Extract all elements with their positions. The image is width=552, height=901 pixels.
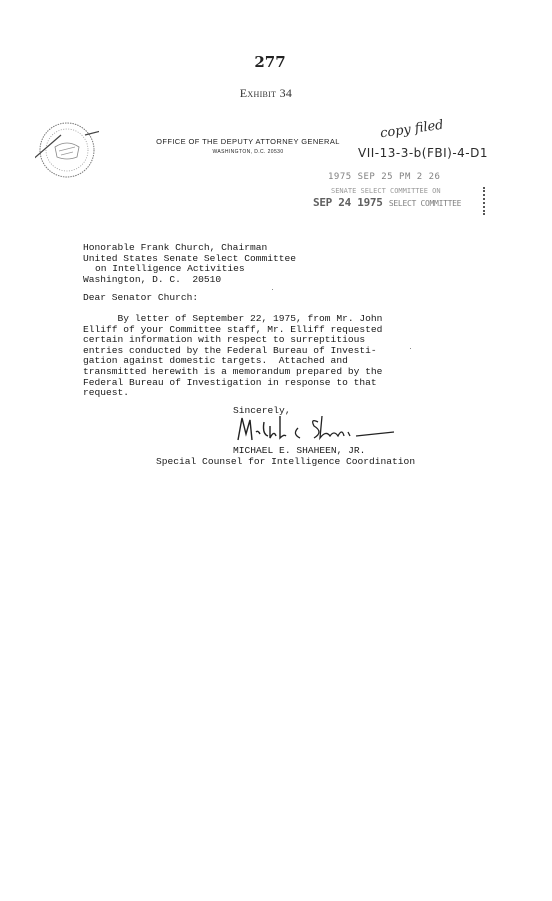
recipient-address: Honorable Frank Church, ChairmanUnited S… [83, 243, 296, 285]
margin-mark [483, 187, 488, 215]
signer-name: MICHAEL E. SHAHEEN, JR. [233, 445, 365, 456]
office-name: OFFICE OF THE DEPUTY ATTORNEY GENERAL [148, 137, 348, 146]
department-seal-icon [35, 117, 99, 181]
body-line: transmitted herewith is a memorandum pre… [83, 367, 382, 378]
committee-stamp-line: SENATE SELECT COMMITTEE ON [331, 187, 441, 195]
scan-speck [410, 348, 411, 349]
letterhead: OFFICE OF THE DEPUTY ATTORNEY GENERAL WA… [148, 137, 348, 155]
exhibit-label: Exhibit 34 [0, 86, 532, 101]
handwritten-note: copy filed [379, 118, 444, 142]
body-line: request. [83, 388, 382, 399]
letter-body: By letter of September 22, 1975, from Mr… [83, 314, 382, 399]
committee-stamp: SEP 24 1975 SELECT COMMITTEE [313, 196, 461, 209]
committee-stamp-date: SEP 24 1975 [313, 196, 383, 209]
address-line: Washington, D. C. 20510 [83, 275, 296, 286]
file-number: VII-13-3-b(FBI)-4-D1 [358, 146, 488, 160]
scan-speck [272, 289, 273, 290]
committee-stamp-suffix: SELECT COMMITTEE [389, 199, 461, 208]
signer-title: Special Counsel for Intelligence Coordin… [156, 456, 415, 467]
address-line: Honorable Frank Church, Chairman [83, 243, 296, 254]
salutation: Dear Senator Church: [83, 293, 198, 304]
page-number: 277 [0, 53, 540, 71]
body-line: By letter of September 22, 1975, from Mr… [83, 314, 382, 325]
office-address: WASHINGTON, D.C. 20530 [148, 149, 348, 155]
signature-icon [234, 412, 404, 444]
received-stamp: 1975 SEP 25 PM 2 26 [328, 172, 440, 182]
